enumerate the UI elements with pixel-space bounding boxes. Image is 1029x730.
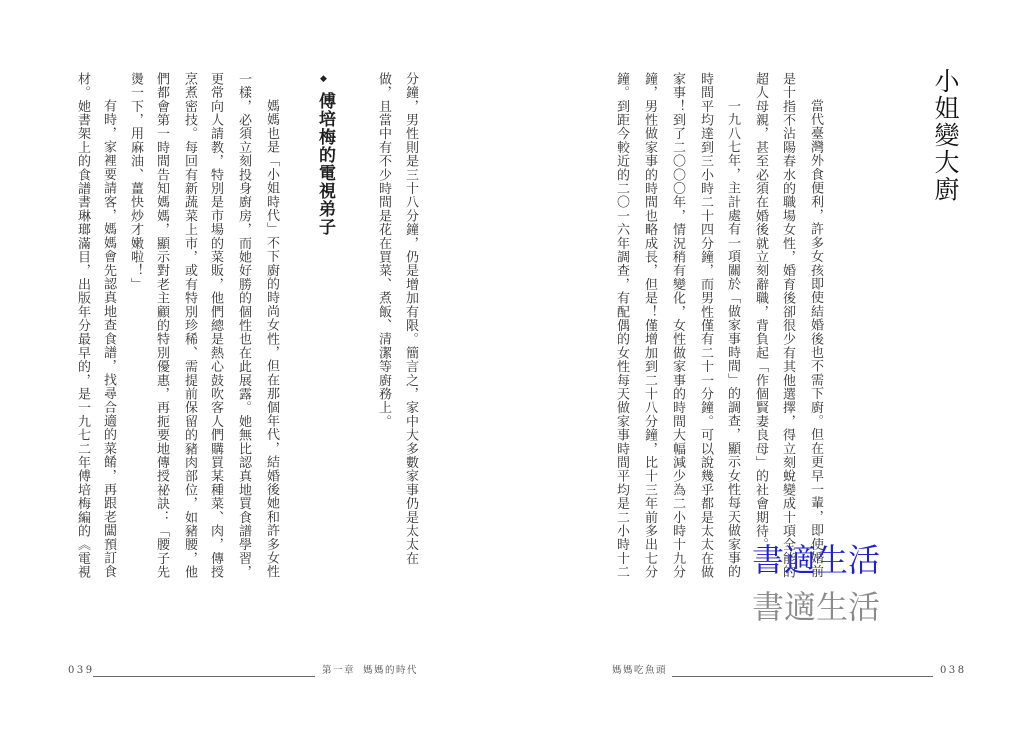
text-line: 鐘，男性做家事的時間也略成長，但是！僅增加到二十八分鐘，比十三年前多出七分 [642, 72, 656, 579]
watermark-secondary: 書適生活 [752, 590, 880, 624]
text-line: 更常向人請教，特別是市場的菜販，他們總是熱心鼓吹客人們購買某種菜、肉，傳授 [208, 72, 222, 579]
chapter-title: 媽媽的時代 [363, 665, 418, 677]
left-page: 分鐘，男性則是三十八分鐘，仍是增加有限。簡言之，家中大多數家事仍是太太在 做，且… [0, 0, 514, 730]
text-line: 有時，家裡要請客，媽媽會先認真地查食譜，找尋合適的菜餚，再跟老闆預訂食 [101, 99, 115, 579]
text-line: 家事！到了二〇〇〇年，情況稍有變化，女性做家事的時間大幅減少為二小時十九分 [670, 72, 684, 579]
page-number: 038 [940, 665, 967, 677]
text-line: 們都會第一時間告知媽媽，顯示對老主顧的特別優惠，再扼要地傳授祕訣：「腰子先 [154, 72, 168, 579]
text-line: 媽媽也是「小姐時代」不下廚的時尚女性，但在那個年代，結婚後她和許多女性 [264, 99, 278, 579]
text-line: 超人母親，甚至必須在婚後就立刻辭職，背負起「作個賢妻良母」的社會期待。 [753, 72, 767, 552]
subsection-heading: 傅培梅的電視弟子 [316, 92, 334, 236]
text-line: 鐘。到距今較近的二〇一六年調查，有配偶的女性每天做家事時間平均是二小時十二 [614, 72, 628, 579]
footer-rule [672, 676, 933, 677]
chapter-label: 第一章 [322, 665, 355, 677]
text-line: 當代臺灣外食便利，許多女孩即使結婚後也不需下廚。但在更早一輩，即使婚前 [808, 99, 822, 579]
diamond-bullet-icon: ◆ [320, 74, 327, 84]
text-line: 分鐘，男性則是三十八分鐘，仍是增加有限。簡言之，家中大多數家事仍是太太在 [403, 72, 417, 565]
text-line: 是十指不沾陽春水的職場女性，婚育後卻很少有其他選擇，得立刻蛻變成十項全能的 [780, 72, 794, 579]
text-line: 時間平均達到三小時二十四分鐘，而男性僅有二十一分鐘。可以說幾乎都是太太在做 [698, 72, 712, 579]
watermark-primary: 書適生活 [752, 543, 880, 577]
text-line: 材。她書架上的食譜書琳瑯滿目，出版年分最早的，是一九七二年傅培梅編的《電視 [75, 72, 89, 579]
footer-rule [93, 676, 315, 677]
right-page: 小姐變大廚 當代臺灣外食便利，許多女孩即使結婚後也不需下廚。但在更早一輩，即使婚… [514, 0, 1029, 730]
text-line: 烹煮密技。每回有新蔬菜上市，或有特別珍稀、需提前保留的豬肉部位，如豬腰，他 [182, 72, 196, 579]
text-line: 一九八七年，主計處有一項關於「做家事時間」的調查，顯示女性每天做家事的 [725, 99, 739, 579]
text-line: 做，且當中有不少時間是花在買菜、煮飯、清潔等廚務上。 [376, 72, 390, 428]
text-line: 一樣，必須立刻投身廚房，而她好勝的個性也在此展露。她無比認真地買食譜學習， [236, 72, 250, 579]
section-title: 小姐變大廚 [932, 68, 958, 203]
text-line: 燙一下，用麻油、薑快炒才嫩啦！」 [128, 72, 142, 291]
book-title: 媽媽吃魚頭 [612, 665, 667, 677]
page-number: 039 [68, 665, 95, 677]
